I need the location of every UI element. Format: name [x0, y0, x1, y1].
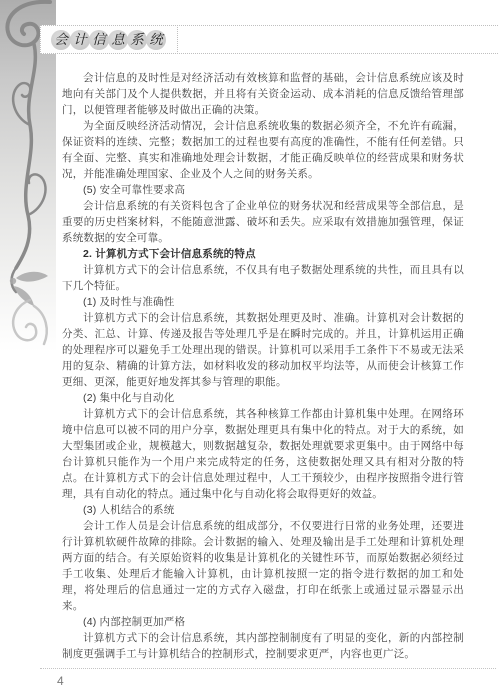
paragraph: 计算机方式下的会计信息系统，其数据处理更及时、准确。计算机对会计数据的分类、汇总… [62, 310, 464, 390]
paragraph: 计算机方式下的会计信息系统，其内部控制制度有了明显的变化，新的内部控制制度更强调… [62, 630, 464, 662]
title-char: 息 [108, 30, 128, 50]
paragraph: 会计工作人员是会计信息系统的组成部分，不仅要进行日常的业务处理，还要进行计算机软… [62, 518, 464, 614]
body-text: 会计信息的及时性是对经济活动有效核算和监督的基础，会计信息系统应该及时地向有关部… [62, 70, 464, 662]
paragraph: 计算机方式下的会计信息系统，其各种核算工作都由计算机集中处理。在网络环境中信息可… [62, 406, 464, 502]
paragraph: 为全面反映经济活动情况，会计信息系统收集的数据必须齐全，不允许有疏漏，保证资料的… [62, 118, 464, 182]
paragraph: 会计信息的及时性是对经济活动有效核算和监督的基础，会计信息系统应该及时地向有关部… [62, 70, 464, 118]
paragraph: 会计信息系统的有关资料包含了企业单位的财务状况和经营成果等全部信息，是重要的历史… [62, 198, 464, 246]
section-heading: (3) 人机结合的系统 [62, 502, 464, 518]
title-char: 信 [89, 30, 109, 50]
page-number: 4 [57, 674, 64, 688]
section-heading: 2. 计算机方式下会计信息系统的特点 [62, 246, 464, 262]
book-page: 会计信息系统 会计信息的及时性是对经济活动有效核算和监督的基础，会计信息系统应该… [0, 0, 498, 700]
chapter-title-banner: 会计信息系统 [40, 25, 178, 54]
title-char: 会 [51, 30, 71, 50]
section-heading: (1) 及时性与准确性 [62, 294, 464, 310]
section-heading: (5) 安全可靠性要求高 [62, 182, 464, 198]
title-char: 系 [127, 30, 147, 50]
title-char: 计 [70, 30, 90, 50]
paragraph: 计算机方式下的会计信息系统，不仅具有电子数据处理系统的共性，而且具有以下几个特征… [62, 262, 464, 294]
footer-rule [40, 668, 496, 669]
section-heading: (2) 集中化与自动化 [62, 390, 464, 406]
title-char: 统 [146, 30, 166, 50]
section-heading: (4) 内部控制更加严格 [62, 614, 464, 630]
